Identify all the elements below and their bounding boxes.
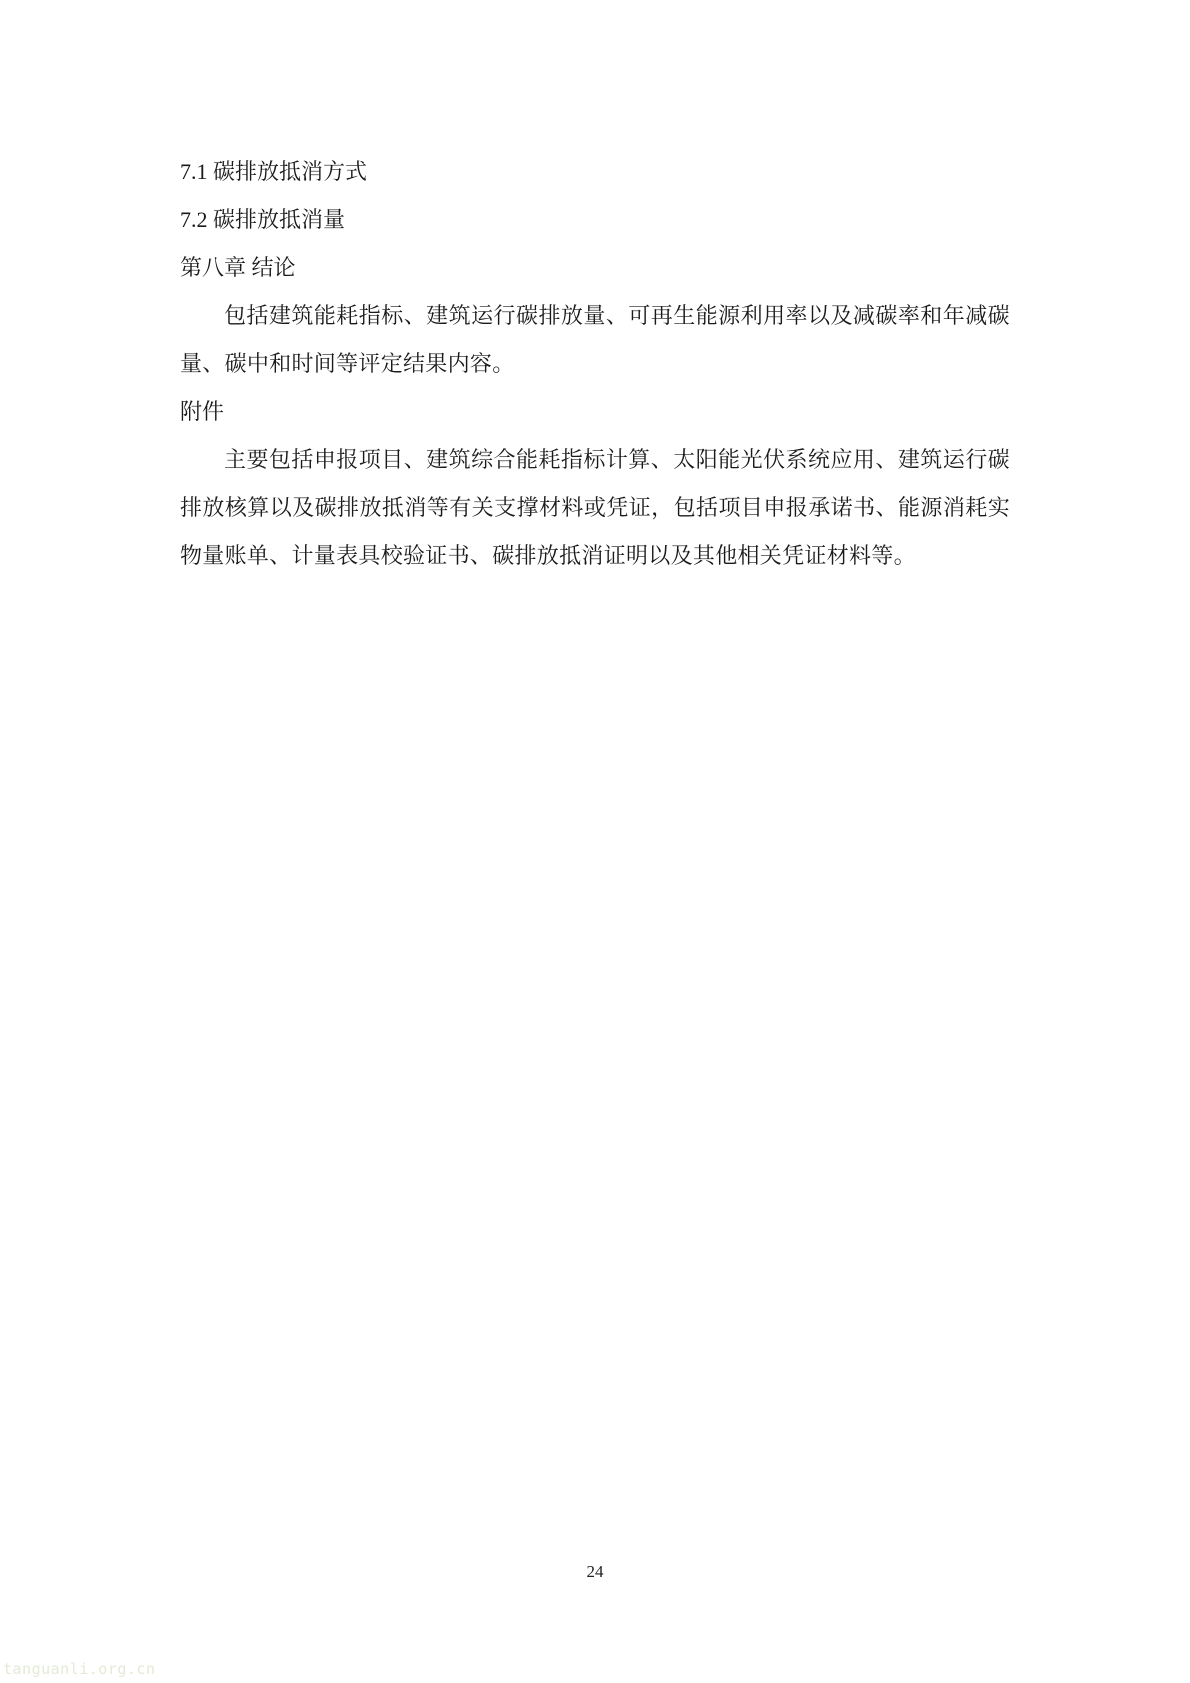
- section-7-1-heading: 7.1 碳排放抵消方式: [180, 148, 1010, 196]
- appendix-body: 主要包括申报项目、建筑综合能耗指标计算、太阳能光伏系统应用、建筑运行碳排放核算以…: [180, 436, 1010, 580]
- page-number: 24: [0, 1562, 1190, 1582]
- document-page: 7.1 碳排放抵消方式 7.2 碳排放抵消量 第八章 结论 包括建筑能耗指标、建…: [0, 0, 1190, 1683]
- section-7-2-heading: 7.2 碳排放抵消量: [180, 196, 1010, 244]
- chapter-8-title: 第八章 结论: [180, 244, 1010, 292]
- watermark-text: tanguanli.org.cn: [3, 1660, 156, 1678]
- appendix-title: 附件: [180, 388, 1010, 436]
- page-content: 7.1 碳排放抵消方式 7.2 碳排放抵消量 第八章 结论 包括建筑能耗指标、建…: [180, 148, 1010, 580]
- chapter-8-body: 包括建筑能耗指标、建筑运行碳排放量、可再生能源利用率以及减碳率和年减碳量、碳中和…: [180, 292, 1010, 388]
